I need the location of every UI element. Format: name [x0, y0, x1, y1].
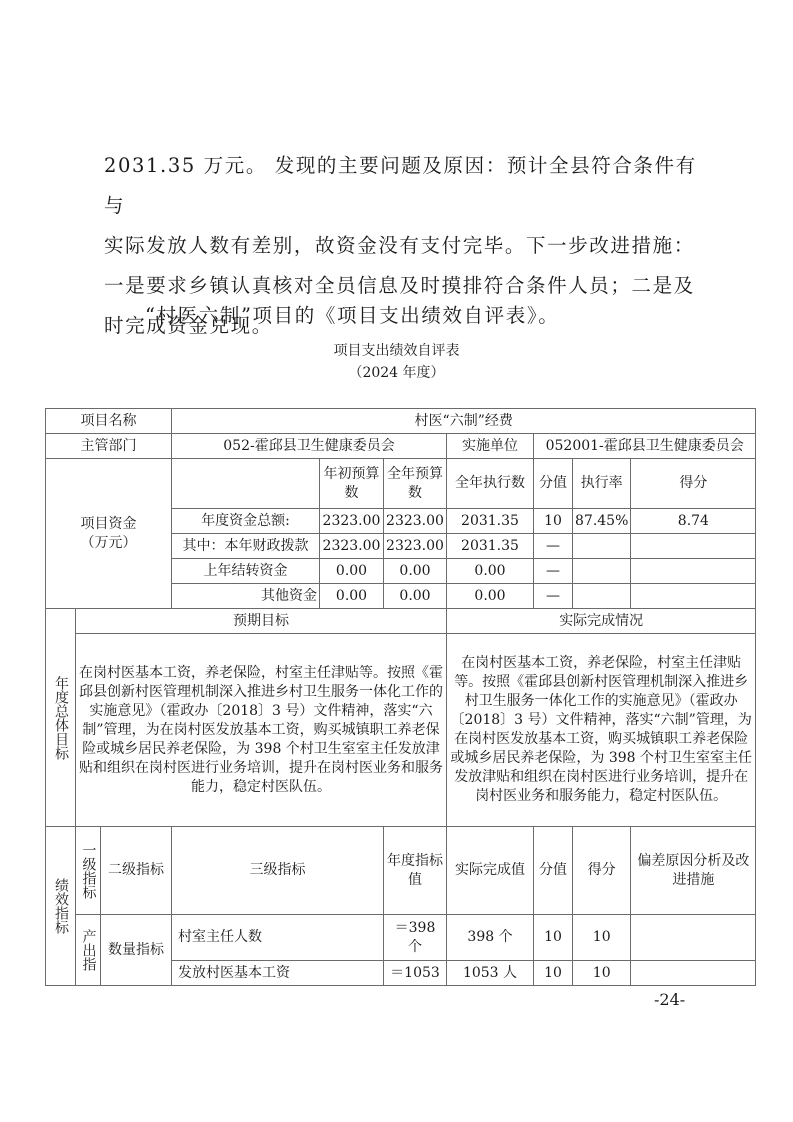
funds-annual: 2323.00: [384, 534, 447, 559]
funds-weight: 10: [534, 509, 573, 534]
funds-executed: 0.00: [447, 559, 534, 584]
funds-label: 项目资金 （万元）: [46, 459, 172, 609]
dept-label: 主管部门: [46, 434, 172, 459]
funds-executed: 2031.35: [447, 509, 534, 534]
funds-label-line1: 项目资金: [48, 515, 169, 534]
funds-label-line2: （万元）: [48, 534, 169, 553]
dept-value: 052-霍邱县卫生健康委员会: [172, 434, 447, 459]
expected-goal-text: 在岗村医基本工资，养老保险，村室主任津贴等。按照《霍邱县创新村医管理机制深入推进…: [76, 634, 447, 827]
row-department: 主管部门 052-霍邱县卫生健康委员会 实施单位 052001-霍邱县卫生健康委…: [46, 434, 756, 459]
indicator-row: 产出指 数量指标 村室主任人数 ＝398 个 398 个 10 10: [46, 915, 756, 961]
funds-rate: [573, 559, 631, 584]
funds-executed: 0.00: [447, 584, 534, 609]
actual-goal-text: 在岗村医基本工资，养老保险，村室主任津贴等。按照《霍邱县创新村医管理机制深入推进…: [447, 634, 756, 827]
header-analysis: 偏差原因分析及改进措施: [631, 827, 756, 915]
funds-score: [631, 584, 756, 609]
indicators-side-label: 绩效指标: [46, 827, 76, 986]
expected-goal-header: 预期目标: [76, 609, 447, 634]
impl-unit-value: 052001-霍邱县卫生健康委员会: [534, 434, 756, 459]
row-indicators-header: 绩效指标 一级指标 二级指标 三级指标 年度指标值 实际完成值 分值 得分 偏差…: [46, 827, 756, 915]
header-ind-score: 得分: [573, 827, 631, 915]
body-line: 实际发放人数有差别，故资金没有支付完毕。下一步改进措施：: [104, 226, 704, 266]
indicator-analysis: [631, 961, 756, 986]
funds-initial: 0.00: [320, 559, 384, 584]
project-name-value: 村医“六制”经费: [172, 409, 756, 434]
table-intro: “村医六制”项目的《项目支出绩效自评表》。: [145, 300, 559, 328]
funds-initial: 2323.00: [320, 509, 384, 534]
row-project-name: 项目名称 村医“六制”经费: [46, 409, 756, 434]
funds-annual: 2323.00: [384, 509, 447, 534]
indicator-weight: 10: [534, 915, 573, 961]
row-goals-header: 年度总体目标 预期目标 实际完成情况: [46, 609, 756, 634]
project-name-label: 项目名称: [46, 409, 172, 434]
funds-annual: 0.00: [384, 559, 447, 584]
indicator-actual: 398 个: [447, 915, 534, 961]
funds-score: [631, 559, 756, 584]
header-annual-budget: 全年预算数: [384, 459, 447, 509]
funds-row-label: 上年结转资金: [172, 559, 320, 584]
funds-annual: 0.00: [384, 584, 447, 609]
header-initial-budget: 年初预算数: [320, 459, 384, 509]
funds-weight: —: [534, 559, 573, 584]
header-executed: 全年执行数: [447, 459, 534, 509]
funds-row-label: 其中：本年财政拨款: [172, 534, 320, 559]
funds-row-label: 年度资金总额:: [172, 509, 320, 534]
funds-initial: 0.00: [320, 584, 384, 609]
table-title: 项目支出绩效自评表: [0, 340, 793, 360]
row-goals-text: 在岗村医基本工资，养老保险，村室主任津贴等。按照《霍邱县创新村医管理机制深入推进…: [46, 634, 756, 827]
funds-initial: 2323.00: [320, 534, 384, 559]
indicator-weight: 10: [534, 961, 573, 986]
actual-goal-header: 实际完成情况: [447, 609, 756, 634]
header-level3: 三级指标: [172, 827, 384, 915]
header-actual: 实际完成值: [447, 827, 534, 915]
funds-row-label: 其他资金: [172, 584, 320, 609]
funds-score: [631, 534, 756, 559]
header-exec-rate: 执行率: [573, 459, 631, 509]
body-line: 2031.35 万元。 发现的主要问题及原因：预计全县符合条件有与: [104, 146, 704, 226]
header-weight: 分值: [534, 459, 573, 509]
funds-executed: 2031.35: [447, 534, 534, 559]
indicator-score: 10: [573, 915, 631, 961]
indicator-target: ＝398 个: [384, 915, 447, 961]
goals-side-label: 年度总体目标: [46, 609, 76, 827]
indicator-name: 村室主任人数: [172, 915, 384, 961]
impl-unit-label: 实施单位: [447, 434, 534, 459]
performance-table: 项目名称 村医“六制”经费 主管部门 052-霍邱县卫生健康委员会 实施单位 0…: [45, 408, 756, 986]
indicator-name: 发放村医基本工资: [172, 961, 384, 986]
table-year: （2024 年度）: [0, 362, 793, 382]
header-target: 年度指标值: [384, 827, 447, 915]
header-ind-weight: 分值: [534, 827, 573, 915]
page-number: -24-: [654, 990, 685, 1009]
indicator-analysis: [631, 915, 756, 961]
funds-rate: [573, 534, 631, 559]
header-level2: 二级指标: [101, 827, 172, 915]
funds-rate: [573, 584, 631, 609]
row-funds-header: 项目资金 （万元） 年初预算数 全年预算数 全年执行数 分值 执行率 得分: [46, 459, 756, 509]
level2-value: 数量指标: [101, 915, 172, 986]
funds-weight: —: [534, 534, 573, 559]
indicator-score: 10: [573, 961, 631, 986]
header-score: 得分: [631, 459, 756, 509]
indicator-target: ＝1053: [384, 961, 447, 986]
level1-value: 产出指: [76, 915, 101, 986]
funds-header-blank: [172, 459, 320, 509]
header-level1: 一级指标: [76, 827, 101, 915]
funds-rate: 87.45%: [573, 509, 631, 534]
funds-score: 8.74: [631, 509, 756, 534]
funds-weight: —: [534, 584, 573, 609]
indicator-actual: 1053 人: [447, 961, 534, 986]
